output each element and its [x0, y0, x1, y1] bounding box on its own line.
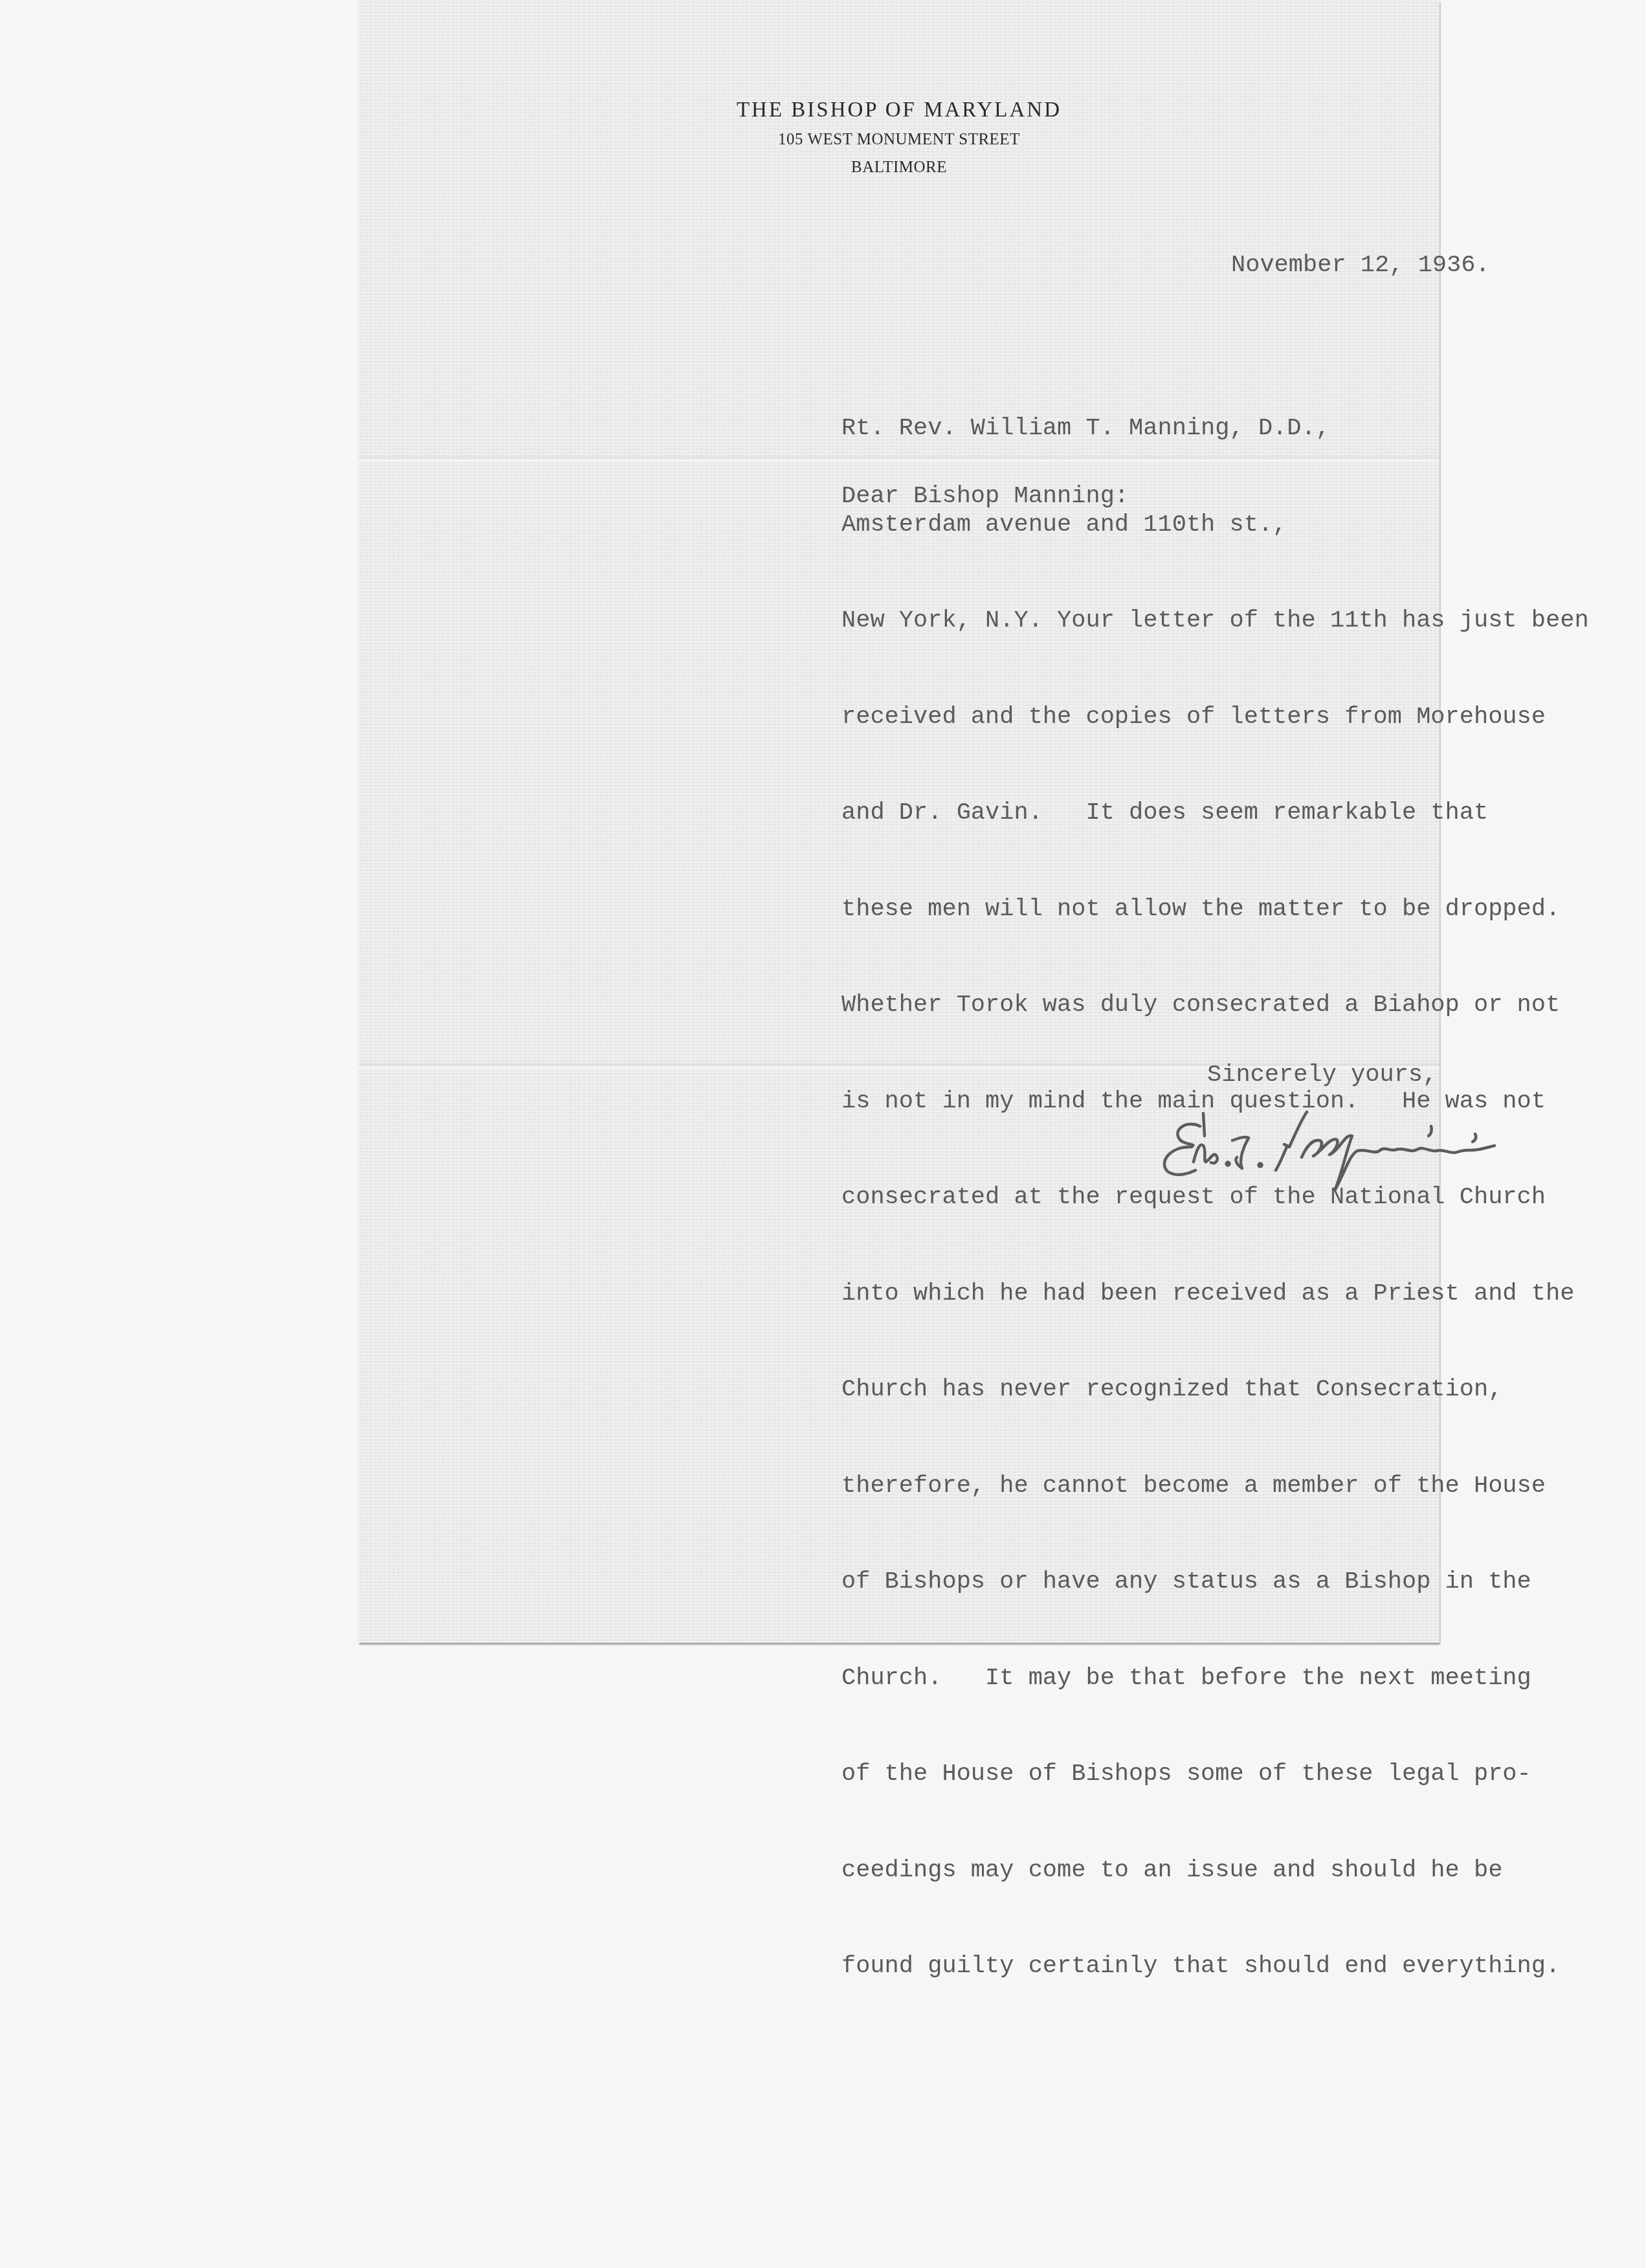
closing: Sincerely yours, [1207, 1060, 1437, 1092]
body-line: Whether Torok was duly consecrated a Bia… [841, 990, 1589, 1022]
recipient-line: Rt. Rev. William T. Manning, D.D., [841, 413, 1330, 445]
body-line: these men will not allow the matter to b… [841, 894, 1589, 926]
body-line: into which he had been received as a Pri… [841, 1278, 1589, 1311]
letter-date: November 12, 1936. [1231, 250, 1490, 282]
salutation: Dear Bishop Manning: [841, 481, 1129, 513]
body-line: received and the copies of letters from … [841, 702, 1589, 734]
letterhead-address: 105 WEST MONUMENT STREET [359, 131, 1440, 149]
recipient-line: Amsterdam avenue and 110th st., [841, 509, 1330, 542]
letter-body: Your letter of the 11th has just been re… [841, 541, 1589, 2047]
body-line: of Bishops or have any status as a Bisho… [841, 1566, 1589, 1599]
handwritten-signature [1151, 1100, 1646, 1191]
body-line: Church. It may be that before the next m… [841, 1663, 1589, 1695]
body-line: Your letter of the 11th has just been [841, 605, 1589, 638]
body-line: therefore, he cannot become a member of … [841, 1471, 1589, 1503]
signature-icon [1151, 1100, 1646, 1191]
letterhead-title: THE BISHOP OF MARYLAND [359, 98, 1440, 122]
body-line: Church has never recognized that Consecr… [841, 1374, 1589, 1406]
body-line: and Dr. Gavin. It does seem remarkable t… [841, 797, 1589, 830]
body-line: ceedings may come to an issue and should… [841, 1855, 1589, 1887]
letter-page: THE BISHOP OF MARYLAND 105 WEST MONUMENT… [359, 0, 1440, 1643]
body-line: of the House of Bishops some of these le… [841, 1759, 1589, 1791]
body-line: found guilty certainly that should end e… [841, 1951, 1589, 1983]
letterhead-city: BALTIMORE [359, 159, 1440, 177]
